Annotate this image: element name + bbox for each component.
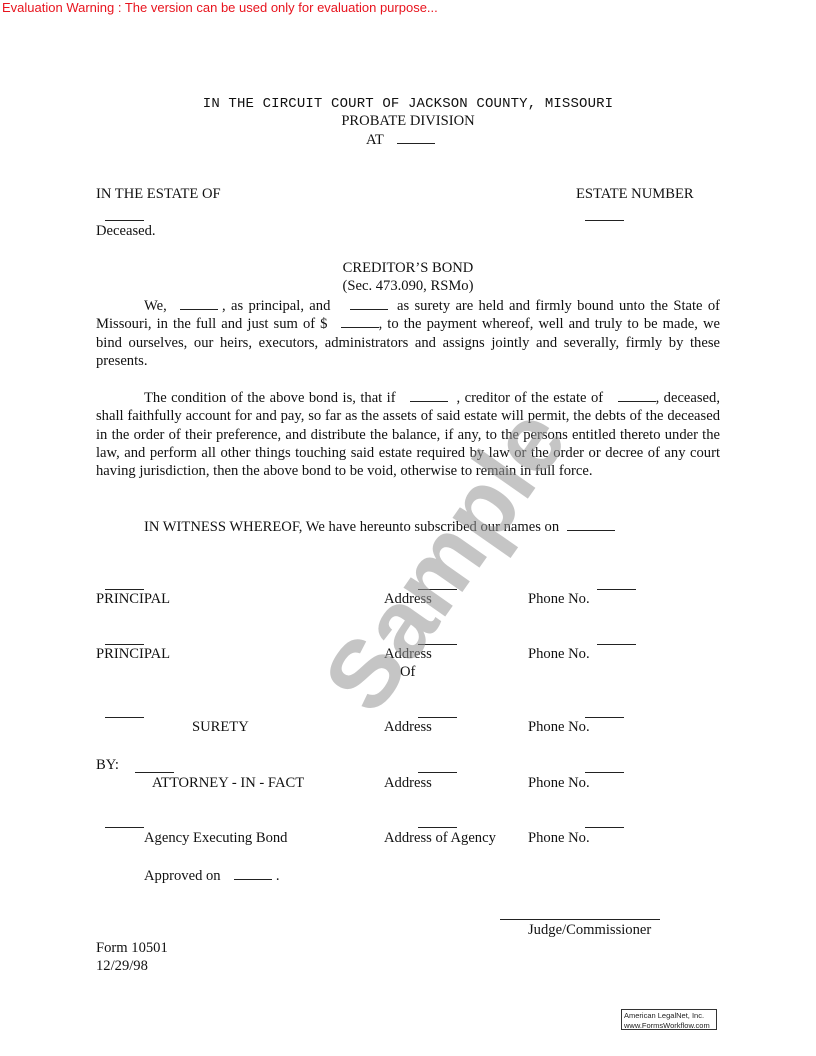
estate-of-label: IN THE ESTATE OF <box>96 186 221 203</box>
statute-reference: (Sec. 473.090, RSMo) <box>0 278 816 295</box>
at-line: AT <box>366 131 435 149</box>
at-blank[interactable] <box>397 131 435 144</box>
witness-date-blank[interactable] <box>567 518 615 531</box>
principal1-label: PRINCIPAL <box>96 591 170 608</box>
surety-label: SURETY <box>192 719 249 736</box>
principal2-address-blank[interactable] <box>418 644 457 645</box>
estate-number-label: ESTATE NUMBER <box>576 186 694 203</box>
agency-signature-blank[interactable] <box>105 827 144 828</box>
principal1-phone-blank[interactable] <box>597 589 636 590</box>
evaluation-warning: Evaluation Warning : The version can be … <box>2 0 438 15</box>
estate-name-blank[interactable] <box>105 220 144 221</box>
condition-paragraph: The condition of the above bond is, that… <box>96 389 720 480</box>
by-label: BY: <box>96 757 119 774</box>
principal2-address-label: Address <box>384 646 432 663</box>
court-heading: IN THE CIRCUIT COURT OF JACKSON COUNTY, … <box>0 96 816 112</box>
surety-address-blank[interactable] <box>418 717 457 718</box>
principal1-address-blank[interactable] <box>418 589 457 590</box>
form-date: 12/29/98 <box>96 958 148 975</box>
witness-line: IN WITNESS WHEREOF, We have hereunto sub… <box>144 518 615 536</box>
bond-paragraph: We, , as principal, and as surety are he… <box>96 297 720 370</box>
document-title: CREDITOR’S BOND <box>0 260 816 277</box>
attorney-address-label: Address <box>384 775 432 792</box>
surety-address-label: Address <box>384 719 432 736</box>
attorney-label: ATTORNEY - IN - FACT <box>152 775 304 792</box>
of-label: Of <box>400 664 415 681</box>
principal-blank[interactable] <box>180 297 218 310</box>
judge-signature-line[interactable] <box>500 919 660 920</box>
agency-label: Agency Executing Bond <box>144 830 287 847</box>
publisher-name: American LegalNet, Inc. <box>624 1011 714 1021</box>
witness-text: IN WITNESS WHEREOF, We have hereunto sub… <box>144 519 559 535</box>
division-heading: PROBATE DIVISION <box>0 113 816 130</box>
surety-phone-blank[interactable] <box>585 717 624 718</box>
publisher-box: American LegalNet, Inc. www.FormsWorkflo… <box>621 1009 717 1030</box>
attorney-signature-blank[interactable] <box>135 772 174 773</box>
agency-phone-label: Phone No. <box>528 830 590 847</box>
principal1-phone-label: Phone No. <box>528 591 590 608</box>
agency-address-blank[interactable] <box>418 827 457 828</box>
estate-blank[interactable] <box>618 389 656 402</box>
principal1-signature-blank[interactable] <box>105 589 144 590</box>
approved-date-blank[interactable] <box>234 867 272 880</box>
agency-address-label: Address of Agency <box>384 830 496 847</box>
creditor-blank[interactable] <box>410 389 448 402</box>
form-number: Form 10501 <box>96 940 168 957</box>
deceased-label: Deceased. <box>96 223 156 240</box>
surety-signature-blank[interactable] <box>105 717 144 718</box>
approved-line: Approved on . <box>144 867 280 885</box>
judge-label: Judge/Commissioner <box>528 922 651 939</box>
sum-blank[interactable] <box>341 315 379 328</box>
approved-label: Approved on <box>144 868 221 884</box>
principal2-label: PRINCIPAL <box>96 646 170 663</box>
estate-number-blank[interactable] <box>585 220 624 221</box>
attorney-phone-label: Phone No. <box>528 775 590 792</box>
principal2-phone-blank[interactable] <box>597 644 636 645</box>
publisher-url: www.FormsWorkflow.com <box>624 1021 714 1031</box>
principal1-address-label: Address <box>384 591 432 608</box>
principal2-phone-label: Phone No. <box>528 646 590 663</box>
at-label: AT <box>366 132 384 148</box>
principal2-signature-blank[interactable] <box>105 644 144 645</box>
attorney-address-blank[interactable] <box>418 772 457 773</box>
court-name: IN THE CIRCUIT COURT OF JACKSON COUNTY, … <box>0 96 816 112</box>
agency-phone-blank[interactable] <box>585 827 624 828</box>
surety-phone-label: Phone No. <box>528 719 590 736</box>
attorney-phone-blank[interactable] <box>585 772 624 773</box>
surety-blank[interactable] <box>350 297 388 310</box>
